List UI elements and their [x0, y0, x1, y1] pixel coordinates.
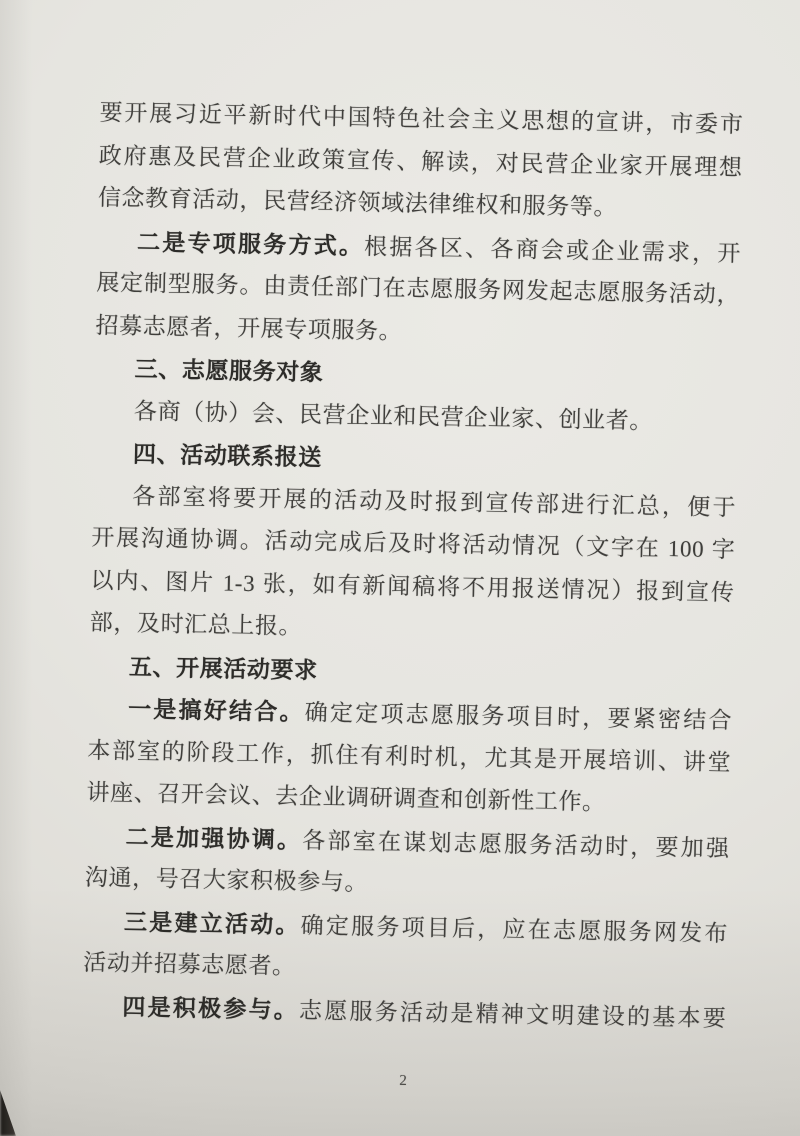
- line-text: 开展沟通协调。活动完成后及时将活动情况（文字在 100 字: [91, 525, 735, 562]
- line-text: 各部室在谋划志愿服务活动时，要加强: [302, 828, 730, 861]
- document-lines: 要开展习近平新时代中国特色社会主义思想的宣讲，市委市政府惠及民营企业政策宣传、解…: [82, 92, 744, 1039]
- line-bold-text: 三是建立活动。: [124, 908, 301, 937]
- line-text: 部，及时汇总上报。: [90, 610, 303, 639]
- line-text: 招募志愿者，开展专项服务。: [95, 312, 402, 343]
- line-text: 本部室的阶段工作，抓住有利时机，尤其是开展培训、讲堂: [87, 737, 731, 774]
- line-text: 根据各区、各商会或企业需求，开: [364, 234, 741, 266]
- line-bold-text: 五、开展活动要求: [129, 653, 318, 683]
- line-bold-text: 二是专项服务方式。: [137, 228, 365, 258]
- line-text: 讲座、召开会议、去企业调研调查和创新性工作。: [86, 780, 606, 815]
- line-text: 各商（协）会、民营企业和民营企业家、创业者。: [134, 398, 654, 433]
- line-text: 确定定项志愿服务项目时，要紧密结合: [305, 700, 733, 733]
- line-bold-text: 四、活动联系报送: [133, 441, 322, 471]
- line-text: 沟通，号召大家积极参与。: [85, 865, 369, 895]
- line-text: 要开展习近平新时代中国特色社会主义思想的宣讲，市委市: [99, 100, 743, 137]
- line-text: 活动并招募志愿者。: [83, 950, 296, 979]
- photographed-document: { "page": { "number": "2" }, "colors": {…: [0, 0, 800, 1136]
- line-bold-text: 三、志愿服务对象: [134, 356, 323, 386]
- line-text: 各部室将要开展的活动及时报到宣传部进行汇总，便于: [132, 483, 736, 520]
- line-bold-text: 一是搞好结合。: [128, 696, 305, 725]
- line-bold-text: 二是加强协调。: [125, 823, 302, 852]
- line-text: 以内、图片 1-3 张，如有新闻稿将不用报送情况）报到宣传: [90, 567, 734, 604]
- line-text: 展定制型服务。由责任部门在志愿服务网发起志愿服务活动，: [96, 270, 740, 307]
- line-text: 确定服务项目后，应在志愿服务网发布: [300, 913, 728, 946]
- line-bold-text: 四是积极参与。: [122, 993, 299, 1022]
- line-text: 信念教育活动，民营经济领域法律维权和服务等。: [98, 185, 618, 220]
- line-text: 志愿服务活动是精神文明建设的基本要: [299, 997, 727, 1030]
- page-number: 2: [81, 1067, 725, 1096]
- photo-corner-shadow: [0, 1090, 16, 1136]
- document-page: 要开展习近平新时代中国特色社会主义思想的宣讲，市委市政府惠及民营企业政策宣传、解…: [81, 92, 744, 1096]
- line-text: 政府惠及民营企业政策宣传、解读，对民营企业家开展理想: [99, 142, 743, 179]
